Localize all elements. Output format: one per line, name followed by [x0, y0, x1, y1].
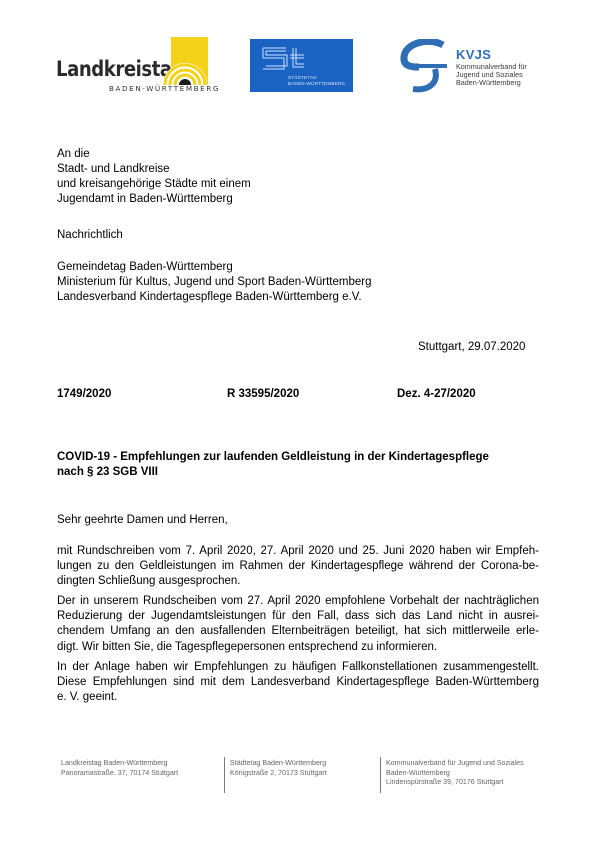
paragraph-line: mit Rundschreiben vom 7. April 2020, 27.… — [57, 544, 539, 559]
cc-label: Nachrichtlich — [57, 228, 123, 243]
salutation: Sehr geehrte Damen und Herren, — [57, 513, 228, 528]
recipient-line: An die — [57, 147, 251, 162]
staedtetag-line1: STÄDTETAG — [288, 75, 317, 80]
landkreistag-subtitle: BADEN-WÜRTTEMBERG — [109, 84, 220, 93]
staedtetag-line2: BADEN-WÜRTTEMBERG — [288, 81, 345, 86]
subject: COVID-19 - Empfehlungen zur laufenden Ge… — [57, 450, 489, 480]
reference-number-3: Dez. 4-27/2020 — [397, 387, 476, 402]
reference-number-2: R 33595/2020 — [227, 387, 299, 402]
paragraph-line: dingten Schließung ausgesprochen. — [57, 574, 539, 589]
cc-line: Ministerium für Kultus, Jugend und Sport… — [57, 275, 371, 290]
body-paragraph-2: Der in unserem Rundscheiben vom 27. Apri… — [57, 594, 539, 655]
subject-line: nach § 23 SGB VIII — [57, 465, 489, 480]
kvjs-emblem-icon — [399, 39, 451, 93]
footer-line: Städtetag Baden-Württemberg — [230, 759, 327, 769]
paragraph-line: In der Anlage haben wir Empfehlungen zu … — [57, 660, 539, 675]
footer-line: Landkreistag Baden-Württemberg — [61, 759, 178, 769]
footer-column-kvjs: Kommunalverband für Jugend und Soziales … — [386, 759, 524, 788]
paragraph-line: Reduzierung der Jugendamtsleistungen für… — [57, 609, 539, 624]
reference-number-1: 1749/2020 — [57, 387, 111, 402]
landkreistag-emblem-icon — [162, 37, 208, 85]
footer-line: Königstraße 2, 70173 Stuttgart — [230, 769, 327, 779]
kvjs-line: Baden-Württemberg — [456, 79, 521, 87]
paragraph-line: e. V. geeint. — [57, 690, 539, 705]
footer-line: Lindenspürstraße 39, 70176 Stuttgart — [386, 778, 524, 788]
footer-column-staedtetag: Städtetag Baden-Württemberg Königstraße … — [230, 759, 327, 778]
recipient-line: Jugendamt in Baden-Württemberg — [57, 192, 251, 207]
body-paragraph-3: In der Anlage haben wir Empfehlungen zu … — [57, 660, 539, 706]
kvjs-wordmark: KVJS — [456, 47, 491, 62]
cc-block: Gemeindetag Baden-Württemberg Ministeriu… — [57, 260, 371, 305]
recipient-line: und kreisangehörige Städte mit einem — [57, 177, 251, 192]
staedtetag-st-icon — [262, 47, 306, 71]
footer-line: Baden-Württemberg — [386, 769, 524, 779]
paragraph-line: Der in unserem Rundscheiben vom 27. Apri… — [57, 594, 539, 609]
recipient-block: An die Stadt- und Landkreise und kreisan… — [57, 147, 251, 207]
footer-column-landkreistag: Landkreistag Baden-Württemberg Panoramas… — [61, 759, 178, 778]
paragraph-line: lungen zu den Geldleistungen im Rahmen d… — [57, 559, 539, 574]
footer-divider — [380, 757, 381, 793]
footer-line: Kommunalverband für Jugend und Soziales — [386, 759, 524, 769]
footer-divider — [224, 757, 225, 793]
paragraph-line: chendem Umfang an den ausfallenden Elter… — [57, 624, 539, 639]
recipient-line: Stadt- und Landkreise — [57, 162, 251, 177]
subject-line: COVID-19 - Empfehlungen zur laufenden Ge… — [57, 450, 489, 465]
body-paragraph-1: mit Rundschreiben vom 7. April 2020, 27.… — [57, 544, 539, 590]
footer-line: Panoramastraße. 37, 70174 Stuttgart — [61, 769, 178, 779]
cc-line: Landesverband Kindertagespflege Baden-Wü… — [57, 290, 371, 305]
cc-line: Gemeindetag Baden-Württemberg — [57, 260, 371, 275]
date-line: Stuttgart, 29.07.2020 — [418, 340, 525, 355]
paragraph-line: digt. Wir bitten Sie, die Tagespflegeper… — [57, 640, 539, 655]
paragraph-line: Diese Empfehlungen sind mit dem Landesve… — [57, 675, 539, 690]
